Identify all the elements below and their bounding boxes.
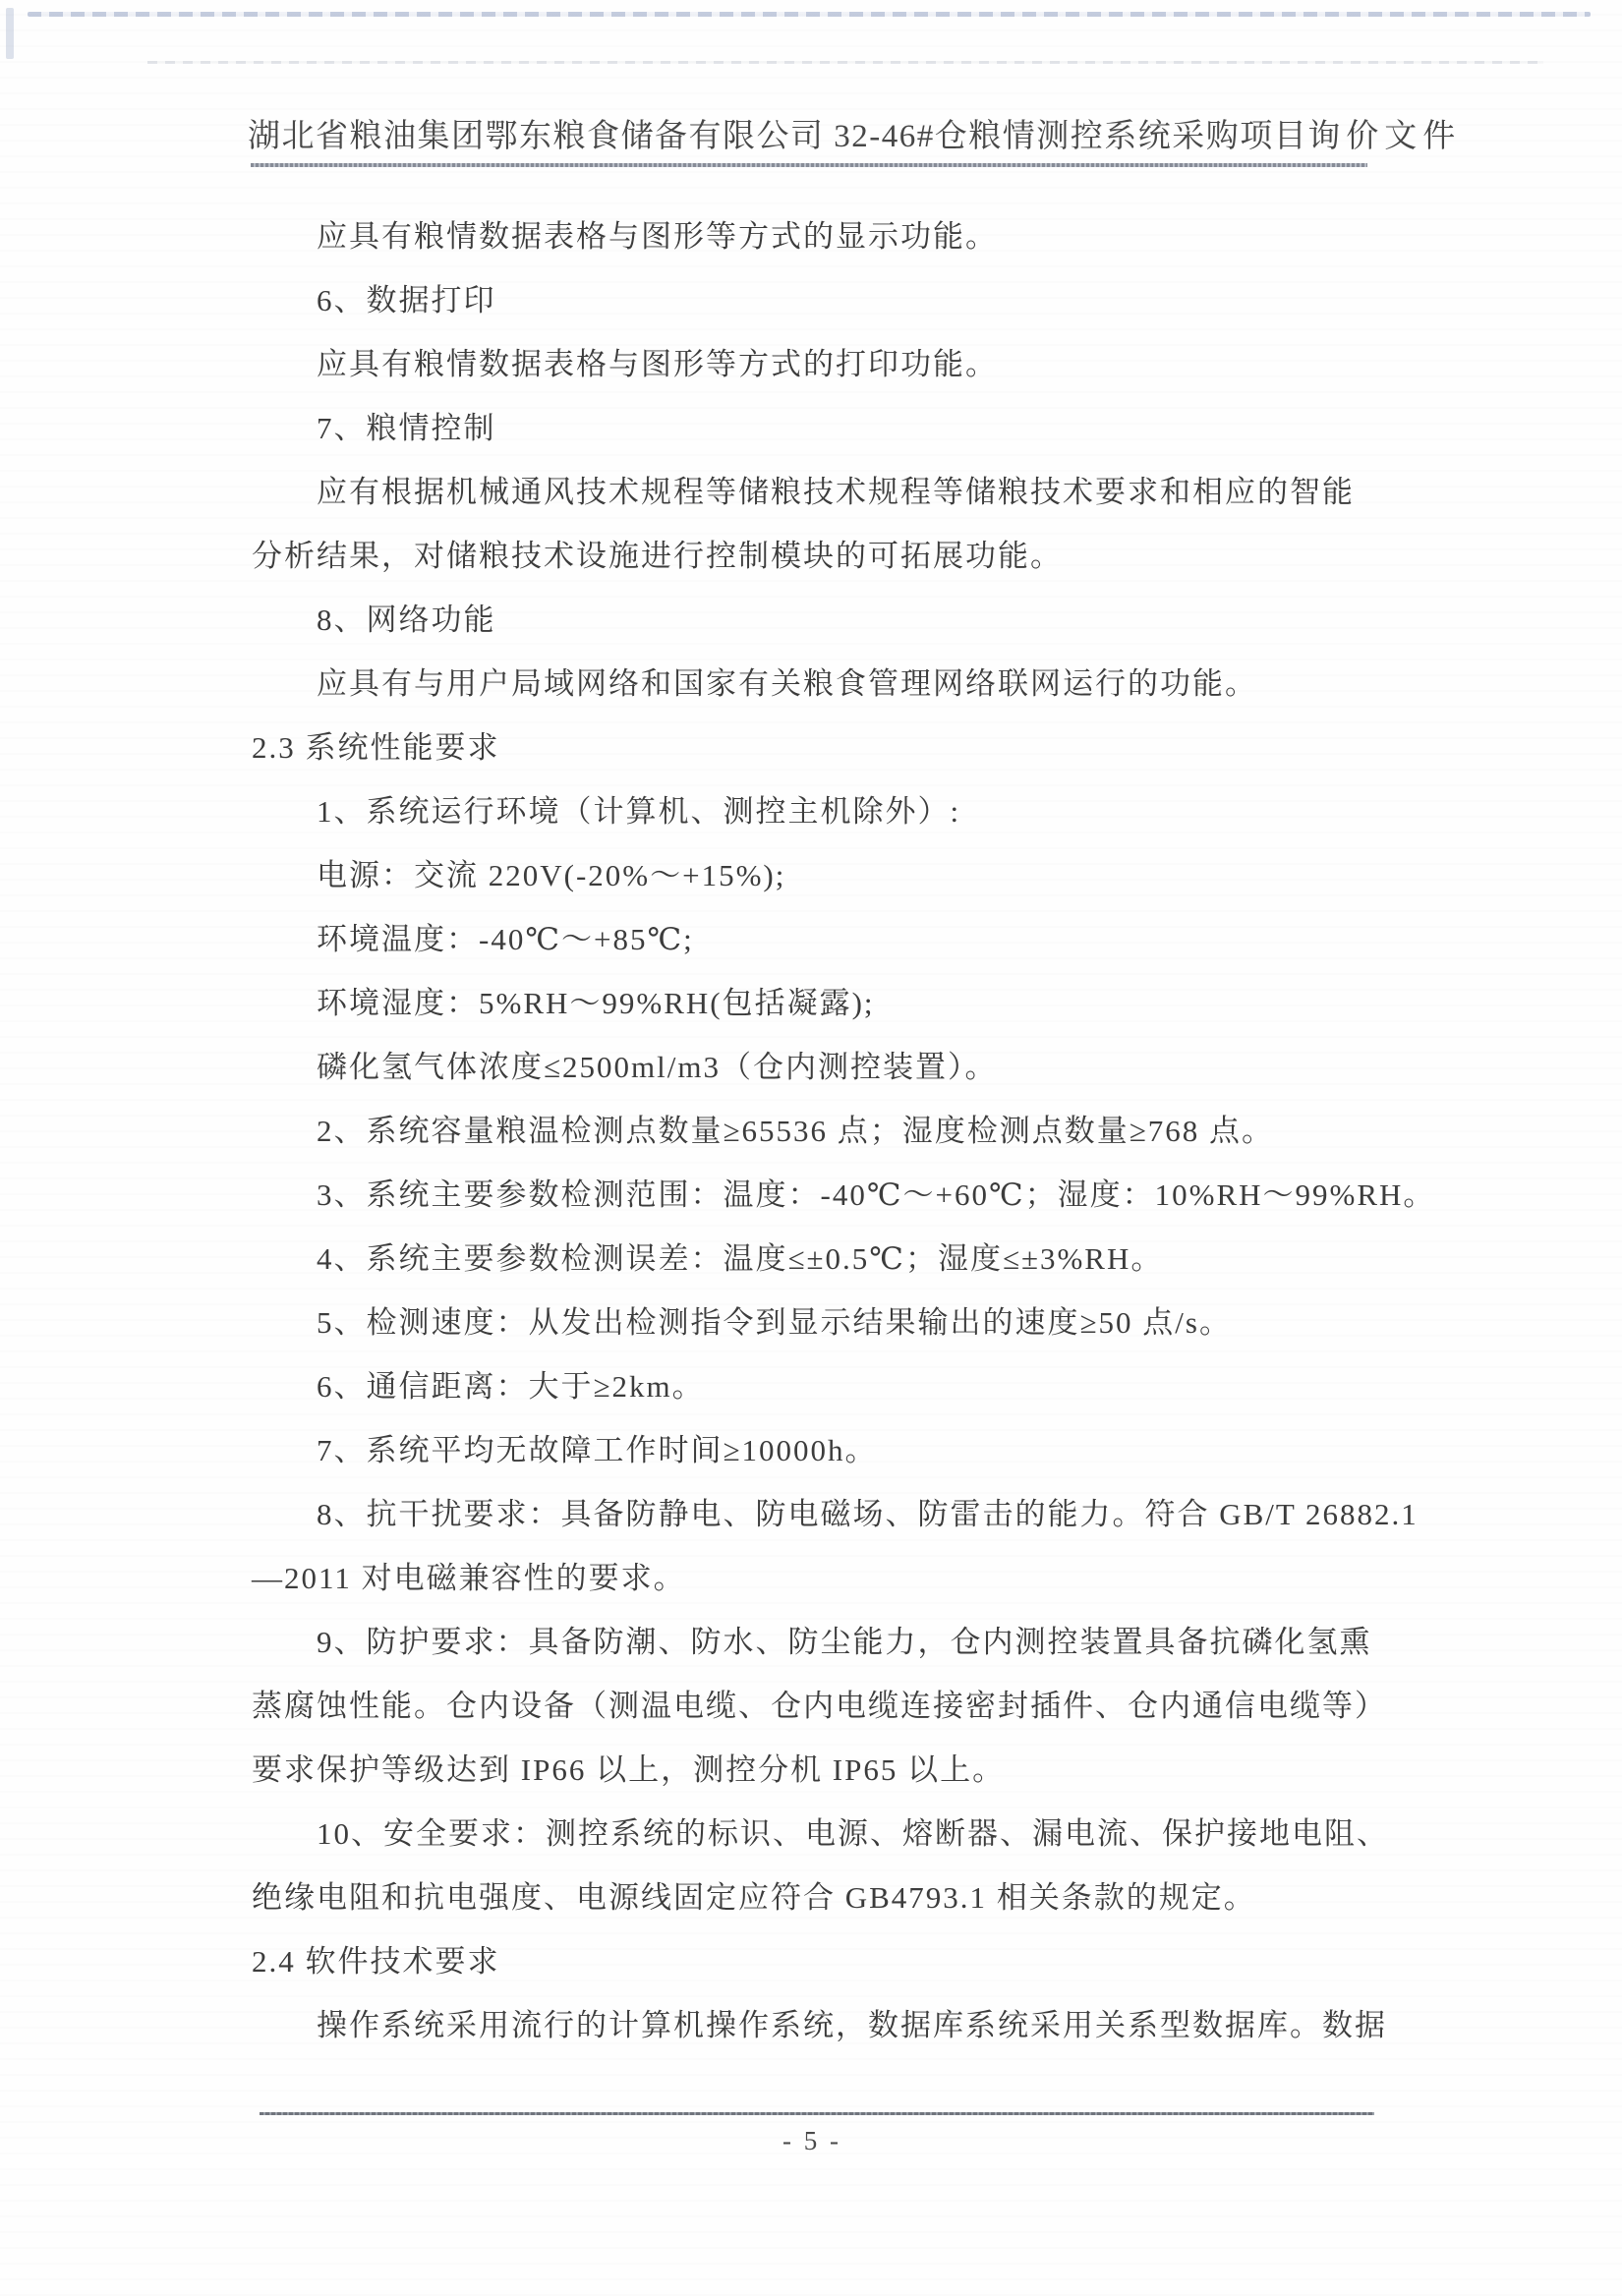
body-lines: 应具有粮情数据表格与图形等方式的显示功能。6、数据打印应具有粮情数据表格与图形等…: [252, 204, 1431, 2057]
header-rule: [251, 163, 1367, 167]
text-line: 应有根据机械通风技术规程等储粮技术规程等储粮技术要求和相应的智能: [252, 460, 1431, 524]
text-line: 环境温度：-40℃～+85℃;: [252, 907, 1431, 971]
text-line: 应具有粮情数据表格与图形等方式的打印功能。: [252, 332, 1431, 396]
scan-artifact-line: [28, 12, 1591, 17]
text-line: 绝缘电阻和抗电强度、电源线固定应符合 GB4793.1 相关条款的规定。: [252, 1865, 1431, 1929]
text-line: 6、通信距离：大于≥2km。: [252, 1354, 1431, 1418]
text-line: 1、系统运行环境（计算机、测控主机除外）:: [252, 779, 1431, 843]
scan-artifact-line: [147, 61, 1543, 64]
text-line: 2.3 系统性能要求: [252, 716, 1431, 779]
page-number: - 5 -: [252, 2126, 1372, 2156]
text-line: 2.4 软件技术要求: [252, 1929, 1431, 1993]
text-line: 环境湿度：5%RH～99%RH(包括凝露);: [252, 971, 1431, 1035]
footer-rule: [260, 2112, 1374, 2115]
text-line: 7、系统平均无故障工作时间≥10000h。: [252, 1418, 1431, 1482]
text-line: 8、抗干扰要求：具备防静电、防电磁场、防雷击的能力。符合 GB/T 26882.…: [252, 1482, 1431, 1546]
text-line: 分析结果，对储粮技术设施进行控制模块的可拓展功能。: [252, 524, 1431, 588]
text-line: —2011 对电磁兼容性的要求。: [252, 1546, 1431, 1610]
header-title: 湖北省粮油集团鄂东粮食储备有限公司 32-46#仓粮情测控系统采购项目: [248, 110, 1307, 156]
text-line: 3、系统主要参数检测范围：温度：-40℃～+60℃；湿度：10%RH～99%RH…: [252, 1163, 1431, 1227]
text-line: 9、防护要求：具备防潮、防水、防尘能力，仓内测控装置具备抗磷化氢熏: [252, 1610, 1431, 1674]
text-line: 5、检测速度：从发出检测指令到显示结果输出的速度≥50 点/s。: [252, 1291, 1431, 1354]
text-line: 磷化氢气体浓度≤2500ml/m3（仓内测控装置）。: [252, 1035, 1431, 1099]
text-line: 6、数据打印: [252, 268, 1431, 332]
text-line: 要求保护等级达到 IP66 以上，测控分机 IP65 以上。: [252, 1738, 1431, 1802]
text-line: 应具有与用户局域网络和国家有关粮食管理网络联网运行的功能。: [252, 652, 1431, 716]
text-line: 操作系统采用流行的计算机操作系统，数据库系统采用关系型数据库。数据: [252, 1993, 1431, 2057]
scan-artifact-mark: [6, 8, 14, 59]
page-header: 湖北省粮油集团鄂东粮食储备有限公司 32-46#仓粮情测控系统采购项目 询价文件: [248, 110, 1329, 156]
text-line: 10、安全要求：测控系统的标识、电源、熔断器、漏电流、保护接地电阻、: [252, 1802, 1431, 1865]
text-line: 电源：交流 220V(-20%～+15%);: [252, 843, 1431, 907]
document-page: 湖北省粮油集团鄂东粮食储备有限公司 32-46#仓粮情测控系统采购项目 询价文件…: [0, 0, 1622, 2296]
text-line: 蒸腐蚀性能。仓内设备（测温电缆、仓内电缆连接密封插件、仓内通信电缆等）: [252, 1674, 1431, 1738]
text-line: 2、系统容量粮温检测点数量≥65536 点；湿度检测点数量≥768 点。: [252, 1099, 1431, 1163]
text-line: 应具有粮情数据表格与图形等方式的显示功能。: [252, 204, 1431, 268]
header-doc-type: 询价文件: [1307, 110, 1461, 156]
text-line: 7、粮情控制: [252, 396, 1431, 460]
text-line: 4、系统主要参数检测误差：温度≤±0.5℃；湿度≤±3%RH。: [252, 1227, 1431, 1291]
text-line: 8、网络功能: [252, 588, 1431, 652]
